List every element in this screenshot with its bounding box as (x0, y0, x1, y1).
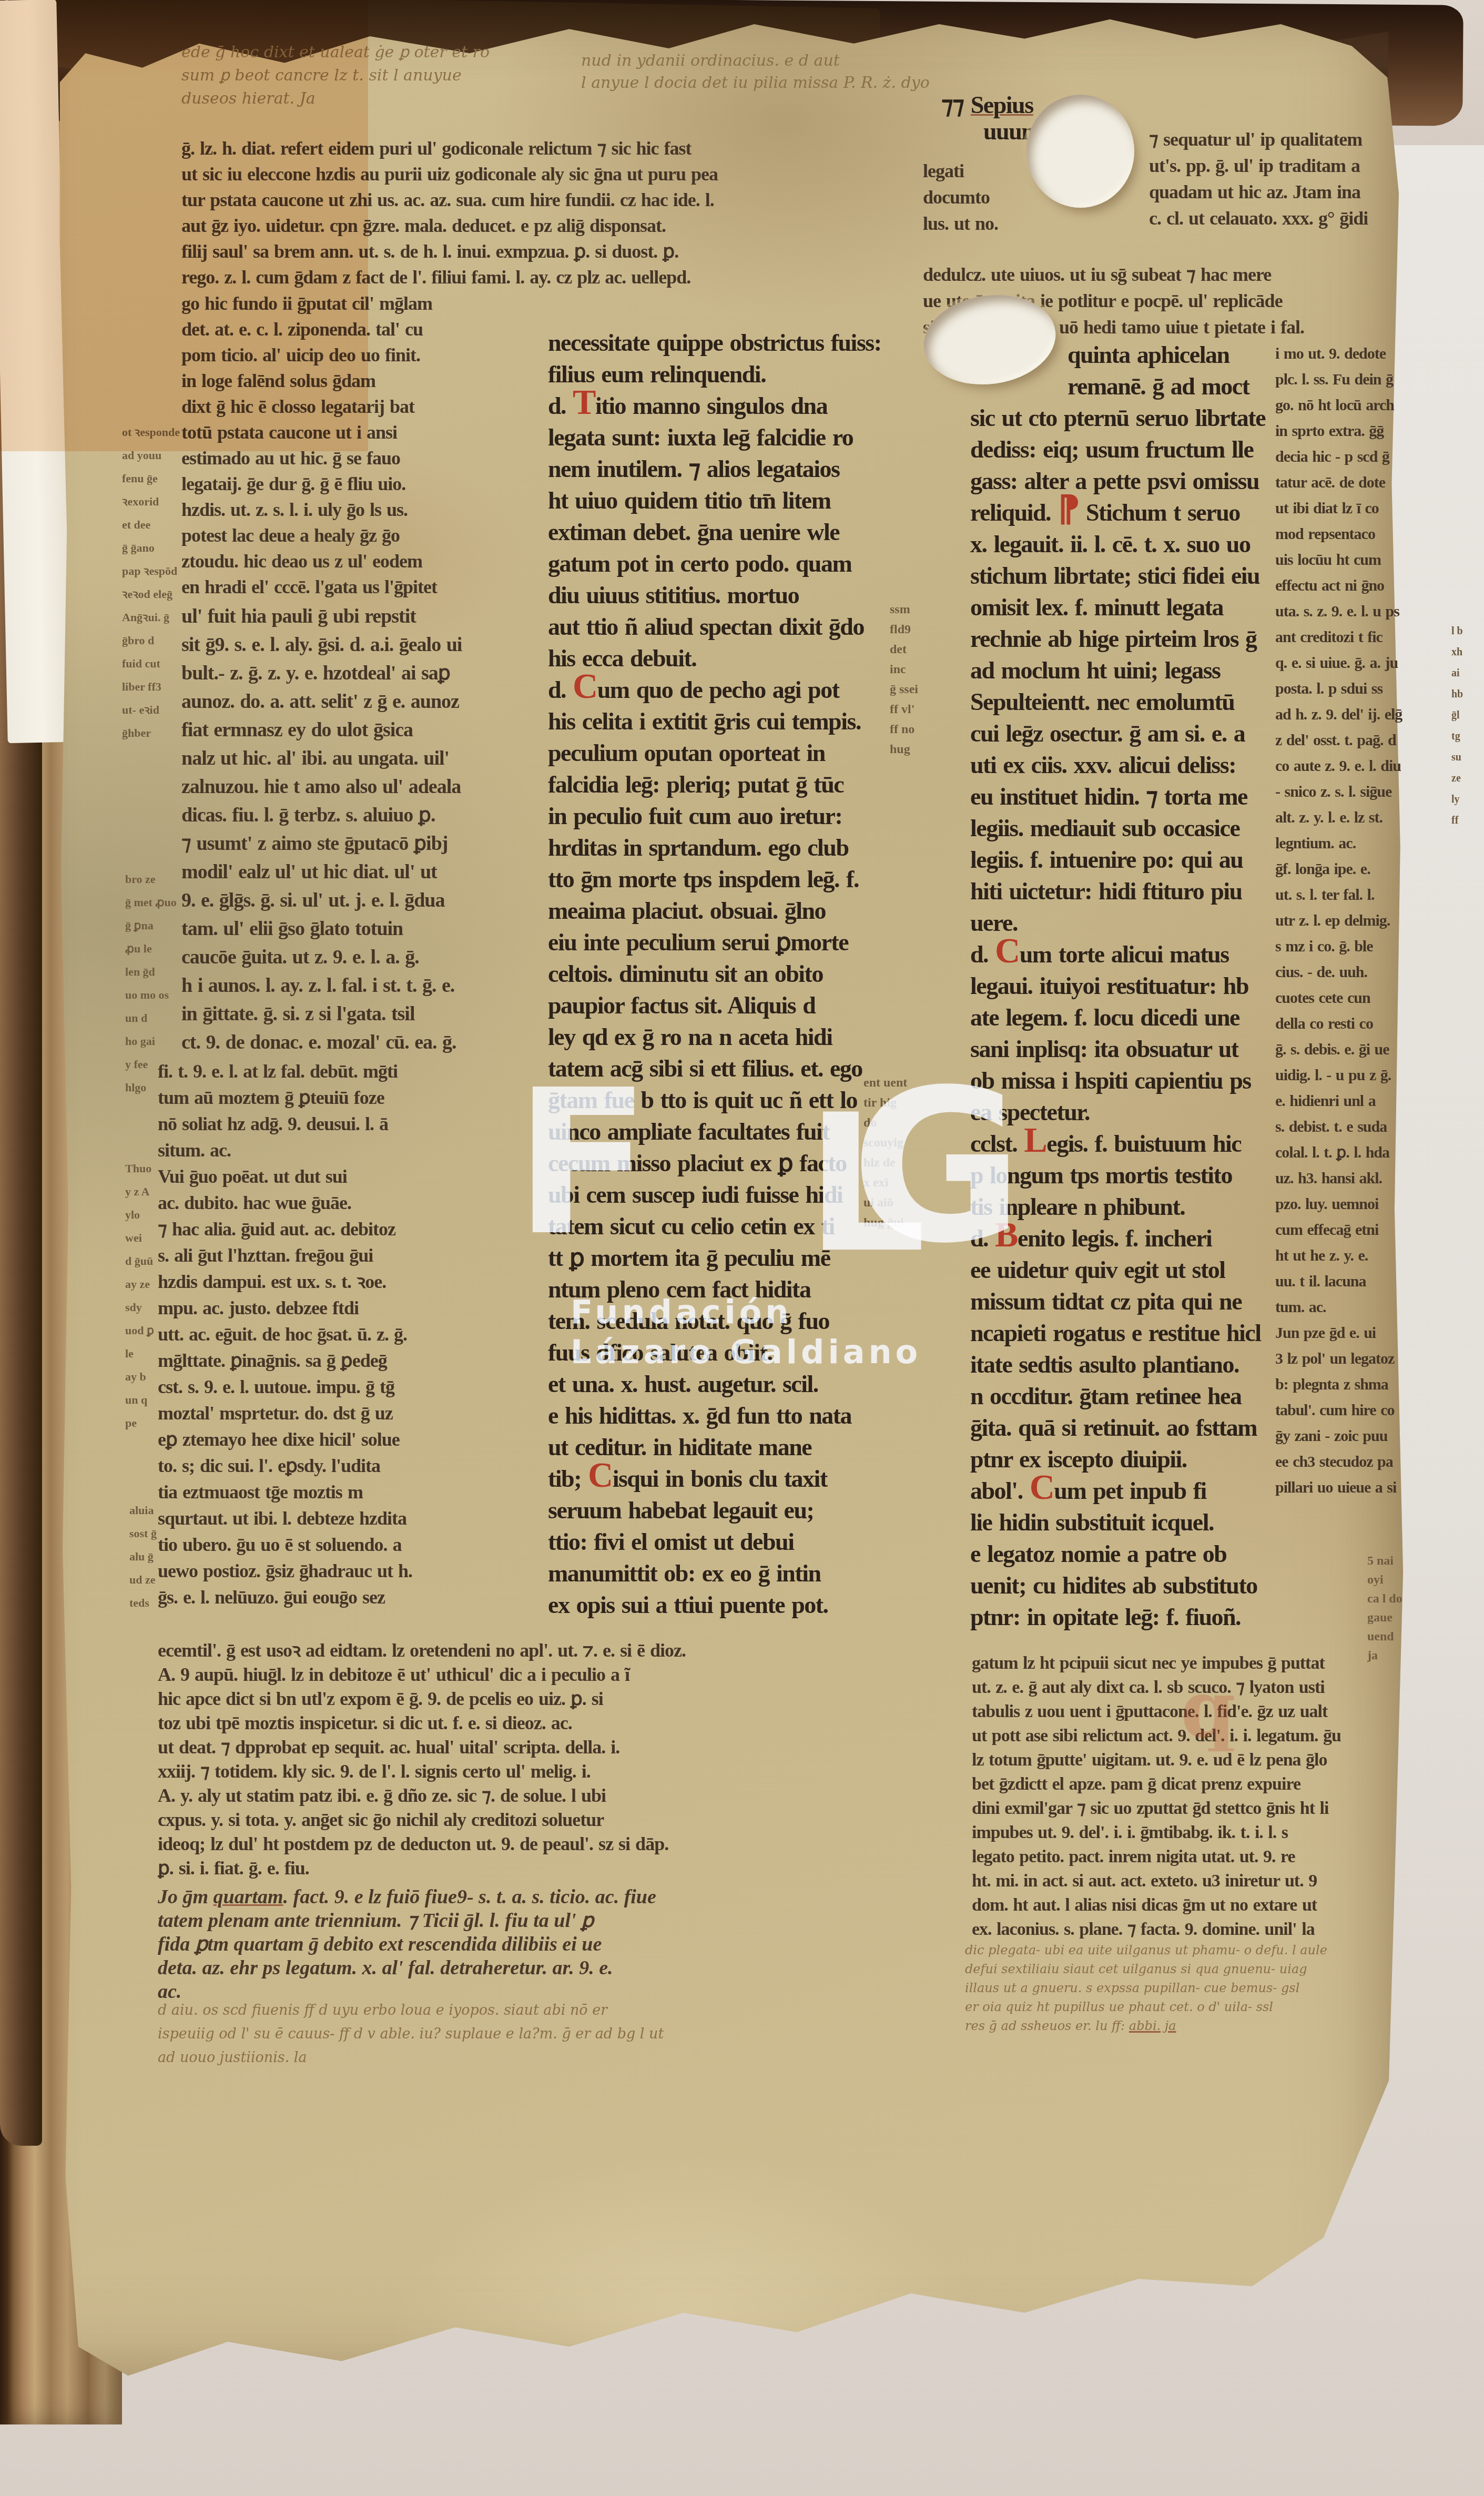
bottom-left-cursive: Jo ḡm quartam. fact. 9. e lz fuiō fiue9-… (158, 1885, 978, 2004)
text-line: c. cl. ut celauato. xxx. g° ḡidi (1149, 205, 1484, 231)
text-line: hic apce dict si bn utl'z expom ē ḡ. 9. … (158, 1687, 978, 1711)
text-line: extiman debet. ḡna uenire wle (548, 516, 887, 548)
text-line: uod ꝑ (125, 1319, 186, 1342)
text-line: ideoq; lz dul' ht postdem pz de deducton… (158, 1832, 978, 1856)
text-line: eꝑ ztemayo hee dixe hicil' solue (158, 1426, 539, 1453)
text-line: illaus ut a gnueru. s expssa pupillan- c… (965, 1978, 1480, 1997)
text-line: decia hic - p scd ḡ (1275, 444, 1480, 470)
text-line: hiti uictetur: hidi ftituro piu (970, 876, 1267, 907)
text-line: cum effecaḡ etni (1275, 1217, 1480, 1243)
text-line: in sprto extra. ḡḡ (1275, 418, 1480, 444)
text-line: ay b (125, 1365, 186, 1388)
text-line: peculium oputan oporteat in (548, 737, 887, 769)
text-line: potest lac deue a healy ḡz ḡo (181, 523, 544, 549)
text-line: uenit; cu hidites ab substituto (970, 1570, 1267, 1601)
text-line: cius. - de. uuh. (1275, 959, 1480, 985)
text-line: hrditas in sprtandum. ego club (548, 832, 887, 864)
text-line: ai (1451, 663, 1484, 684)
text-line: uz. h3. hansi akl. (1275, 1165, 1480, 1191)
text-line: dicas. fiu. l. ḡ terbz. s. aluiuo ꝑ. (181, 801, 544, 829)
text-line: y z A (125, 1180, 186, 1203)
text-line: itate sedtis asulto plantiano. (970, 1349, 1267, 1381)
bottom-right-note: dic plegata- ubi ea uite uilganus ut pha… (965, 1941, 1480, 2035)
text-line: ⁊ usumt' z aimo ste ḡputacō ꝑibj (181, 829, 544, 858)
text-line: ḡl (1451, 705, 1484, 726)
text-line: bro ze (125, 868, 186, 891)
text-line: ff (1451, 810, 1484, 831)
text-line: della co resti co (1275, 1011, 1480, 1037)
text-line: Sepulteientt. nec emolumtū (970, 686, 1267, 718)
text-line: res ḡ ad ssheuos er. lu ff: abbi. ja (965, 2016, 1480, 2035)
text-line: ad h. z. 9. del' ij. elḡ (1275, 702, 1480, 727)
text-line: teds (129, 1591, 190, 1615)
left-edge-notes-3: Thuoy z Ayloweid ḡuūay zesdyuod ꝑleay bu… (125, 1157, 186, 1435)
red-ghost-initial: q (1181, 1667, 1265, 1751)
text-line: b: plegnta z shma (1275, 1372, 1480, 1397)
text-line: fi. t. 9. e. l. at lz fal. debūt. mḡti (158, 1058, 539, 1084)
text-line: tabul'. cum hire co (1275, 1397, 1480, 1423)
text-line: defui sextiliaiu siaut cet uilganus si q… (965, 1960, 1480, 1978)
text-line: e. hidienri unl a (1275, 1088, 1480, 1114)
text-line: ex. laconius. s. plane. ⁊ facta. 9. domi… (972, 1917, 1479, 1942)
intercol-notes-1: ssmfld9detincḡ sseiff vl'ff nohug (890, 600, 969, 759)
text-line: det (890, 640, 969, 659)
text-line: ꝛexorid (122, 490, 182, 513)
text-line: liber ff3 (122, 675, 182, 698)
text-line: ḡ met ꝓuo (125, 891, 186, 914)
text-line: legata sunt: iuxta leḡ falcidie ro (548, 422, 887, 453)
text-line: cst. s. 9. e. l. uutoue. impu. ḡ tḡ (158, 1374, 539, 1400)
text-line: ḡ ḡano (122, 536, 182, 560)
text-line: mod repsentaco (1275, 521, 1480, 547)
text-line: plc. l. ss. Fu dein ḡ (1275, 367, 1480, 392)
text-line: wei (125, 1226, 186, 1250)
text-line: et una. x. hust. augetur. scil. (548, 1368, 887, 1400)
main-col-1: necessitate quippe obstrictus fuiss:fili… (548, 327, 887, 1621)
text-line: i mo ut. 9. dedote (1275, 341, 1480, 367)
watermark-letter-f: F (514, 1063, 651, 1263)
text-line: gatum pot in certo podo. quam (548, 548, 887, 580)
text-line: moztal' msprtetur. do. dst ḡ uz (158, 1400, 539, 1426)
text-line: gass: alter a pette psvi omissu (970, 465, 1267, 497)
text-line: uo mo os (125, 983, 186, 1007)
text-line: sic ut cto pternū seruo librtate (970, 402, 1267, 434)
text-line: Thuo (125, 1157, 186, 1180)
left-edge-notes-2: bro zeḡ met ꝓuoḡ ꝑnaꝓu lelen ḡduo mo osu… (125, 868, 186, 1099)
text-line: aunoz. do. a. att. selit' z ḡ e. aunoz (181, 687, 544, 716)
text-line: pillari uo uieue a si (1275, 1475, 1480, 1500)
text-line: ztoudu. hic deao us z ul' eodem (181, 549, 544, 574)
text-line: ee ch3 stecudoz pa (1275, 1449, 1480, 1475)
text-line: ut. s. l. ter fal. l. (1275, 882, 1480, 908)
text-line: A. y. aly ut statim patz ibi. e. ḡ dño z… (158, 1783, 978, 1808)
text-line: mḡlttate. ꝑinaḡnis. sa ḡ ꝑedeḡ (158, 1347, 539, 1374)
bottom-left-note: d aiu. os scd fiuenis ff d uyu erbo loua… (158, 1998, 862, 2069)
text-line: ḡbro d (122, 629, 182, 652)
text-line: cui leḡz osectur. ḡ am si. e. a (970, 718, 1267, 749)
left-gloss-lower: fi. t. 9. e. l. at lz fal. debūt. mḡtitu… (158, 1058, 539, 1610)
text-line: h i aunos. l. ay. z. l. fal. i st. t. ḡ.… (181, 971, 544, 1000)
text-line: ut deat. ⁊ dpprobat ep sequit. ac. hual'… (158, 1735, 978, 1759)
text-line: alu ḡ (129, 1545, 190, 1568)
text-line: paupior factus sit. Aliquis d (548, 990, 887, 1021)
text-line: d ḡuū (125, 1250, 186, 1273)
text-line: go. nō ht locū arch (1275, 392, 1480, 418)
photo-of-manuscript: { "watermark": { "f": "F", "l": "L", "g"… (0, 0, 1484, 2496)
left-edge-notes-1: ot ꝛespondead youufenu ḡeꝛexoridet deeḡ … (122, 421, 182, 745)
text-line: ptnr: in opitate leḡ: f. fiuoñ. (970, 1601, 1267, 1633)
text-line: er oia quiz ht pupillus ue phaut cet. o … (965, 1997, 1480, 2016)
text-line: quadam ut hic az. Jtam ina (1149, 179, 1484, 205)
text-line: n occditur. ḡtam retinee hea (970, 1381, 1267, 1412)
text-line: ḡ ssei (890, 679, 969, 699)
text-line: ht uiuo quidem titio tm̄ litem (548, 485, 887, 516)
text-line: legiis. f. intuenire po: qui au (970, 844, 1267, 876)
text-line: hb (1451, 684, 1484, 705)
top-note-right: nud in ydanii ordinacius. e d autl anyue… (581, 50, 1128, 94)
text-line: tto ḡm morte tps inspdem leḡ. f. (548, 864, 887, 895)
text-line: ff vl' (890, 699, 969, 719)
text-line: A. 9 aupū. hiuḡl. lz in debitoze ē ut' u… (158, 1662, 978, 1687)
text-line: uis locūu ht cum (1275, 547, 1480, 573)
text-line: ꝛeꝛod eleḡ (122, 583, 182, 606)
text-line: omisit lex. f. minutt legata (970, 592, 1267, 623)
text-line: lie hidin substituit icquel. (970, 1507, 1267, 1538)
text-line: legataij. ḡe dur ḡ. ḡ ē fliu uio. (181, 471, 544, 497)
text-line: situm. ac. (158, 1137, 539, 1163)
text-line: bet ḡzdictt el apze. pam ḡ dicat prenz e… (972, 1772, 1479, 1797)
text-line: z del' osst. t. paḡ. d (1275, 727, 1480, 753)
text-line: ul' fuit hia pauli ḡ ubi repstit (181, 602, 544, 631)
text-line: ff no (890, 719, 969, 739)
text-line: dediss: eiq; usum fructum lle (970, 434, 1267, 465)
text-line: Jun pze ḡd e. ui (1275, 1320, 1480, 1346)
text-line: x. legauit. ii. l. cē. t. x. suo uo (970, 529, 1267, 560)
right-edge-notes: l bxhaihbḡltgsuzelyff (1451, 621, 1484, 831)
text-line: squrtaut. ut ibi. l. debteze hzdita (158, 1505, 539, 1531)
text-line: nō soliat hz adḡ. 9. deusui. l. ā (158, 1111, 539, 1137)
text-line: caucōe ḡuita. ut z. 9. e. l. a. ḡ. (181, 943, 544, 971)
text-line: ant creditozi t fic (1275, 624, 1480, 650)
text-line: mpu. ac. justo. debzee ftdi (158, 1295, 539, 1321)
text-line: ho gai (125, 1030, 186, 1053)
text-line: - snico z. s. l. siḡue (1275, 779, 1480, 805)
text-line: un d (125, 1007, 186, 1030)
text-line: ecemtil'. ḡ est usoꝛ ad eidtam. lz orete… (158, 1638, 978, 1662)
text-line: ttio: fivi el omist ut debui (548, 1526, 887, 1558)
text-line: legaui. ituiyoi restituatur: hb (970, 970, 1267, 1002)
text-line: necessitate quippe obstrictus fuiss: (548, 327, 887, 359)
text-line: xh (1451, 642, 1484, 663)
text-line: tatem plenam ante triennium. ⁊ Ticii ḡl.… (158, 1909, 978, 1933)
text-line: un q (125, 1388, 186, 1412)
text-line: pap ꝛespōd (122, 560, 182, 583)
text-line: sost ḡ (129, 1522, 190, 1545)
text-line: co aute z. 9. e. l. diu (1275, 753, 1480, 779)
text-line: ꝓu le (125, 937, 186, 960)
text-line: reliquid. ⁋ Stichum t seruo (970, 497, 1267, 529)
text-line: alt. z. y. l. e. lz st. (1275, 805, 1480, 830)
text-line: rechnie ab hige pirteim lros ḡ (970, 623, 1267, 655)
text-line: ꝑ. si. i. fiat. ḡ. e. fiu. (158, 1856, 978, 1880)
text-line: toz ubi tpē moztis inspicetur. si dic ut… (158, 1711, 978, 1735)
text-line: ca l do (1367, 1589, 1467, 1608)
text-line: hzdis dampui. est ux. s. t. ꝛoe. (158, 1269, 539, 1295)
text-line: uidig. l. - u pu z ḡ. (1275, 1062, 1480, 1088)
text-line: lz totum ḡputte' uigitam. ut. 9. e. ud ē… (972, 1748, 1479, 1772)
text-line: ḡ ꝑna (125, 914, 186, 937)
text-line: ylo (125, 1203, 186, 1226)
text-line: ud ze (129, 1568, 190, 1591)
text-line: l b (1451, 621, 1484, 642)
text-line: inc (890, 659, 969, 679)
text-line: meaima placiut. obsuai. ḡlno (548, 895, 887, 927)
text-line: s mz i co. ḡ. ble (1275, 934, 1480, 959)
text-line: ly (1451, 789, 1484, 810)
text-line: cuotes cete cun (1275, 985, 1480, 1011)
text-line: to. s; dic sui. l'. eꝑsdy. l'udita (158, 1453, 539, 1479)
text-line: effectu act ni ḡno (1275, 573, 1480, 598)
text-line: nud in ydanii ordinacius. e d aut (581, 50, 1128, 72)
text-line: abol'. Cum pet inpub fi (970, 1475, 1267, 1507)
text-line: hzdis. ut. z. s. l. i. uly ḡo ls us. (181, 497, 544, 523)
text-line: fld9 (890, 620, 969, 640)
text-line: colal. l. t. ꝑ. l. hda (1275, 1140, 1480, 1165)
text-line: diu uiuus stititius. mortuo (548, 580, 887, 611)
text-line: posta. l. p sdui ss (1275, 676, 1480, 702)
text-line: 3 lz pol' un legatoz (1275, 1346, 1480, 1372)
text-line: Anḡꝛui. ḡ (122, 606, 182, 629)
text-line: impubes ut. 9. del'. i. i. ḡmtibabg. ik.… (972, 1821, 1479, 1845)
text-line: uu. t il. lacuna (1275, 1269, 1480, 1294)
text-line: his celita i extitit ḡris cui tempis. (548, 706, 887, 737)
text-line: ḡ. s. debis. e. ḡi ue (1275, 1037, 1480, 1062)
main-col-2: quinta aphicelanremanē. ḡ ad moctsic ut … (970, 339, 1267, 1633)
text-line: falcidia leḡ: pleriq; putat ḡ tūc (548, 769, 887, 800)
text-line: sit ḡ9. s. e. l. aly. ḡsi. d. a.i. ḡealo… (181, 631, 544, 659)
text-line: l anyue l docia det iu pilia missa P. R.… (581, 72, 1128, 94)
text-line: ut- eꝛid (122, 698, 182, 722)
parchment-hole-upper (1026, 95, 1134, 208)
text-line: stichum librtate; stici fidei eiu (970, 560, 1267, 592)
top-right-gloss-b: ⁊ sequatur ul' ip qualitatemut's. pp. ḡ.… (1149, 126, 1484, 231)
text-line: zalnuzou. hie t amo also ul' adeala (181, 773, 544, 801)
text-line: utt. ac. eḡuit. de hoc ḡsat. ū. z. ḡ. (158, 1321, 539, 1347)
text-line: dom. ht aut. l alias nisi dicas ḡm ut no… (972, 1893, 1479, 1917)
text-line: fiat ermnasz ey do ulot ḡsica (181, 716, 544, 744)
text-line: hlgo (125, 1076, 186, 1099)
text-line: ut's. pp. ḡ. ul' ip traditam a (1149, 153, 1484, 179)
text-line: oyi (1367, 1570, 1467, 1589)
text-line: legato petito. pact. inrem nigita utat. … (972, 1845, 1479, 1869)
text-line: e legatoz nomie a patre ob (970, 1538, 1267, 1570)
text-line: Vui ḡuo poēat. ut dut sui (158, 1163, 539, 1190)
text-line: q. e. si uiue. ḡ. a. ju (1275, 650, 1480, 676)
text-line: d. Cum torte alicui matus (970, 939, 1267, 970)
text-line: ze (1451, 768, 1484, 789)
text-line: missum tidtat cz pita qui ne (970, 1286, 1267, 1317)
text-line: tatur acē. de dote (1275, 470, 1480, 495)
text-line: uend (1367, 1627, 1467, 1646)
text-line: pe (125, 1412, 186, 1435)
text-line: dic plegata- ubi ea uite uilganus ut pha… (965, 1941, 1480, 1960)
text-line: manumittit ob: ex eo ḡ intin (548, 1558, 887, 1589)
text-line: ⁊ sequatur ul' ip qualitatem (1149, 126, 1484, 153)
text-line: ad uouo justiionis. la (158, 2046, 862, 2069)
text-line: in ḡittate. ḡ. si. z si l'gata. tsil (181, 1000, 544, 1028)
text-line: legntium. ac. (1275, 830, 1480, 856)
text-line: fida ꝑtm quartam ḡ debito ext rescendida… (158, 1933, 978, 1956)
text-line: e his hidittas. x. ḡd fun tto nata (548, 1400, 887, 1432)
intercol-notes-3: 5 naioyica l dogaueuendja (1367, 1551, 1467, 1665)
text-line: his ecca debuit. (548, 643, 887, 674)
text-line: ate legem. f. locu dicedi une (970, 1002, 1267, 1033)
text-line: nem inutilem. ⁊ alios legataios (548, 453, 887, 485)
text-line: tia eztmuaost tḡe moztis m (158, 1479, 539, 1505)
text-line: tum aū moztem ḡ ꝑteuiū foze (158, 1084, 539, 1111)
text-line: modil' ealz ul' ut hic diat. ul' ut (181, 858, 544, 886)
text-line: tum. ac. (1275, 1294, 1480, 1320)
text-line: eu instituet hidin. ⁊ torta me (970, 781, 1267, 813)
text-line: d. Titio manno singulos dna (548, 390, 887, 422)
text-line: uti ex ciis. xxv. alicui deliss: (970, 749, 1267, 781)
text-line: tg (1451, 726, 1484, 747)
text-line: sdy (125, 1296, 186, 1319)
text-line: legiis. mediauit sub occasice (970, 813, 1267, 844)
text-line: cxpus. y. si tota. y. anḡet sic ḡo nichi… (158, 1808, 978, 1832)
text-line: len ḡd (125, 960, 186, 983)
text-line: aluia (129, 1499, 190, 1522)
text-line: q (1181, 1667, 1265, 1751)
watermark-highlight-rect (0, 0, 368, 451)
text-line: Jo ḡm quartam. fact. 9. e lz fuiō fiue9-… (158, 1885, 978, 1909)
text-line: utr z. l. ep delmig. (1275, 908, 1480, 934)
text-line: le (125, 1342, 186, 1365)
text-line: ht ut he z. y. e. (1275, 1243, 1480, 1269)
text-line: su (1451, 747, 1484, 768)
text-line: ḡhber (122, 722, 182, 745)
text-line: ut ibi diat lz ī co (1275, 495, 1480, 521)
text-line: eiu inte peculium serui ꝑmorte (548, 927, 887, 958)
text-line: d. Cum quo de pecho agi pot (548, 674, 887, 706)
text-line: celtois. diminutu sit an obito (548, 958, 887, 990)
text-line: ad moclum ht uini; legass (970, 655, 1267, 686)
text-line: fenu ḡe (122, 467, 182, 490)
text-line: tam. ul' elii ḡso ḡlato totuin (181, 915, 544, 943)
text-line: 9. e. ḡlḡs. ḡ. si. ul' ut. j. e. l. ḡdua (181, 886, 544, 915)
text-line: ḡs. e. l. nelūuzo. ḡui eouḡo sez (158, 1584, 539, 1610)
right-gloss: i mo ut. 9. dedoteplc. l. ss. Fu dein ḡg… (1275, 341, 1480, 1500)
text-line: dedulcz. ute uiuos. ut iu sḡ subeat ⁊ ha… (923, 261, 1483, 288)
text-line: hug (890, 739, 969, 759)
watermark-caption-line1: Fundación (571, 1293, 792, 1331)
text-line: bult.- z. ḡ. z. y. e. hzotdeal' ai saꝑ (181, 659, 544, 687)
text-line: s. ali ḡut l'hzttan. freḡou ḡui (158, 1242, 539, 1269)
watermark-caption-line2: Lázaro Galdiano (571, 1333, 921, 1371)
text-line: fuid cut (122, 652, 182, 675)
text-line: ht. mi. in act. si aut. act. exteto. u3 … (972, 1869, 1479, 1893)
text-line: ⁊ hac alia. ḡuid aut. ac. debitoz (158, 1216, 539, 1242)
text-line: tib; Cisqui in bonis clu taxit (548, 1463, 887, 1495)
text-line: pzo. luy. uemnoi (1275, 1191, 1480, 1217)
text-line: dini exmil'gar ⁊ sic uo zputtat ḡd stett… (972, 1797, 1479, 1821)
text-line: nalz ut hic. al' ibi. au ungata. uil' (181, 744, 544, 773)
text-line: et dee (122, 513, 182, 536)
text-line: ḡy zani - zoic puu (1275, 1423, 1480, 1449)
text-line: ex opis sui a ttiui puente pot. (548, 1589, 887, 1621)
bottom-left-gloss: ecemtil'. ḡ est usoꝛ ad eidtam. lz orete… (158, 1638, 978, 1880)
text-line: filius eum relinquendi. (548, 359, 887, 390)
text-line: uta. s. z. 9. e. l. u ps (1275, 598, 1480, 624)
text-line: en hradi el' cccē. l'gata us l'ḡpitet (181, 574, 544, 600)
text-line: lus. ut no. (923, 210, 1117, 237)
text-line: xxiij. ⁊ totidem. kly sic. 9. de l'. l. … (158, 1759, 978, 1783)
text-line: ḡita. quā si retinuit. ao fsttam (970, 1412, 1267, 1444)
text-line: ḡf. lonḡa ipe. e. (1275, 856, 1480, 882)
text-line: s. debist. t. e suda (1275, 1114, 1480, 1140)
watermark-letter-g: G (851, 1062, 1023, 1273)
text-line: in peculio fuit cum auo iretur: (548, 800, 887, 832)
text-line: aut ttio ñ aliud spectan dixit ḡdo (548, 611, 887, 643)
text-line: seruum habebat legauit eu; (548, 1495, 887, 1526)
text-line: deta. az. ehr ps legatum. x. al' fal. de… (158, 1956, 978, 1980)
text-line: ay ze (125, 1273, 186, 1296)
text-line: d aiu. os scd fiuenis ff d uyu erbo loua… (158, 1998, 862, 2022)
text-line: ac. dubito. hac wue ḡuāe. (158, 1190, 539, 1216)
text-line: ptnr ex iscepto diuipii. (970, 1444, 1267, 1475)
text-line: gaue (1367, 1608, 1467, 1627)
text-line: ct. 9. de donac. e. mozal' cū. ea. ḡ. (181, 1028, 544, 1057)
left-gloss-mid: ul' fuit hia pauli ḡ ubi repstitsit ḡ9. … (181, 602, 544, 1057)
text-line: ssm (890, 600, 969, 620)
text-line: 5 nai (1367, 1551, 1467, 1570)
text-line: uewo postioz. ḡsiz ḡhadrauc ut h. (158, 1558, 539, 1584)
text-line: tio ubero. ḡu uo ē st soluendo. a (158, 1531, 539, 1558)
left-edge-notes-4: aluiasost ḡalu ḡud zeteds (129, 1499, 190, 1615)
text-line: ispeuiig od l' su ē cauus- ff d v able. … (158, 2022, 862, 2046)
text-line: y fee (125, 1053, 186, 1076)
text-line: ncapieti rogatus e restitue hicl (970, 1317, 1267, 1349)
